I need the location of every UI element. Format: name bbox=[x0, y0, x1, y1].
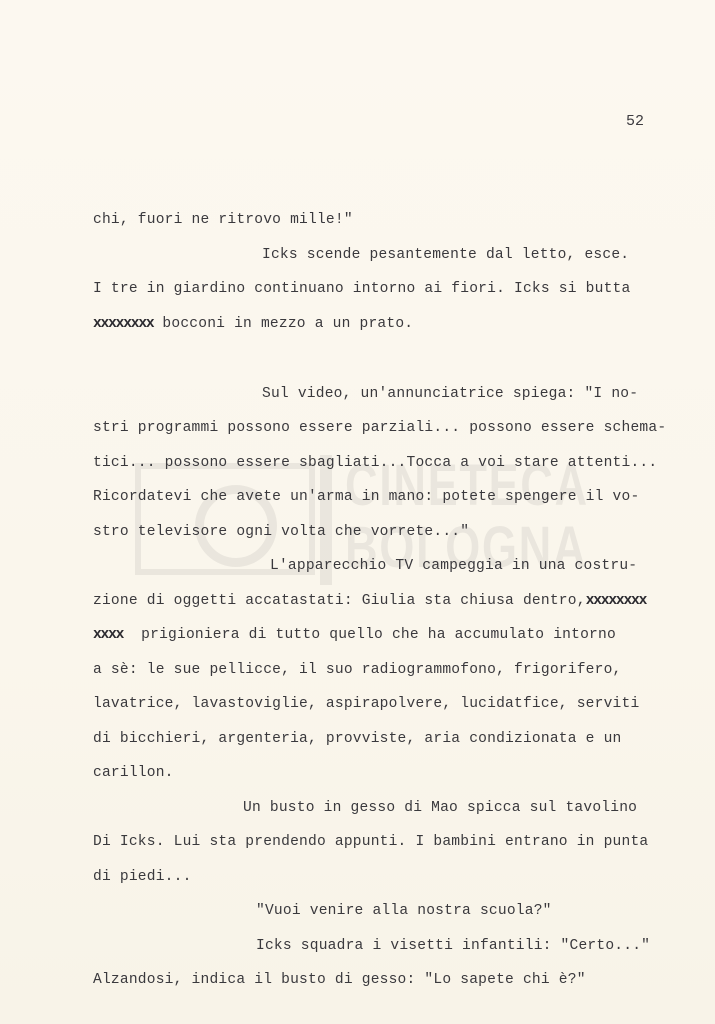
text-line: Alzandosi, indica il busto di gesso: "Lo… bbox=[93, 972, 586, 988]
line-text: bocconi in mezzo a un prato. bbox=[153, 316, 413, 332]
line-text: I tre in giardino continuano intorno ai … bbox=[93, 281, 630, 297]
line-text: carillon. bbox=[93, 765, 174, 781]
text-line: Ricordatevi che avete un'arma in mano: p… bbox=[93, 489, 639, 505]
struck-out-text: xxxxxxxx bbox=[586, 593, 646, 609]
line-text: Ricordatevi che avete un'arma in mano: p… bbox=[93, 489, 639, 505]
line-text: prigioniera di tutto quello che ha accum… bbox=[123, 627, 616, 643]
text-line: Sul video, un'annunciatrice spiega: "I n… bbox=[262, 386, 638, 402]
text-line: Un busto in gesso di Mao spicca sul tavo… bbox=[243, 800, 637, 816]
line-text: lavatrice, lavastoviglie, aspirapolvere,… bbox=[93, 696, 639, 712]
text-line: I tre in giardino continuano intorno ai … bbox=[93, 281, 630, 297]
text-line: di piedi... bbox=[93, 869, 192, 885]
line-text: stri programmi possono essere parziali..… bbox=[93, 420, 666, 436]
line-text: zione di oggetti accatastati: Giulia sta… bbox=[93, 593, 586, 609]
line-text: a sè: le sue pellicce, il suo radiogramm… bbox=[93, 662, 622, 678]
line-text: Di Icks. Lui sta prendendo appunti. I ba… bbox=[93, 834, 648, 850]
text-line: L'apparecchio TV campeggia in una costru… bbox=[270, 558, 637, 574]
page-number: 52 bbox=[626, 113, 644, 130]
text-line: Icks scende pesantemente dal letto, esce… bbox=[262, 247, 629, 263]
line-text: Icks scende pesantemente dal letto, esce… bbox=[262, 247, 629, 263]
text-line: Di Icks. Lui sta prendendo appunti. I ba… bbox=[93, 834, 648, 850]
typewritten-page: CINETECA BOLOGNA 52 chi, fuori ne ritrov… bbox=[0, 0, 715, 1024]
text-line: tici... possono essere sbagliati...Tocca… bbox=[93, 455, 657, 471]
text-line: chi, fuori ne ritrovo mille!" bbox=[93, 212, 353, 228]
text-line: stro televisore ogni volta che vorrete..… bbox=[93, 524, 469, 540]
line-text: Un busto in gesso di Mao spicca sul tavo… bbox=[243, 800, 637, 816]
text-line: Icks squadra i visetti infantili: "Certo… bbox=[256, 938, 650, 954]
text-line: xxxx prigioniera di tutto quello che ha … bbox=[93, 627, 616, 643]
line-text: L'apparecchio TV campeggia in una costru… bbox=[270, 558, 637, 574]
text-line: carillon. bbox=[93, 765, 174, 781]
line-text: chi, fuori ne ritrovo mille!" bbox=[93, 212, 353, 228]
struck-out-text: xxxxxxxx bbox=[93, 316, 153, 332]
line-text: di bicchieri, argenteria, provviste, ari… bbox=[93, 731, 622, 747]
text-line: a sè: le sue pellicce, il suo radiogramm… bbox=[93, 662, 622, 678]
text-line: di bicchieri, argenteria, provviste, ari… bbox=[93, 731, 622, 747]
line-text: tici... possono essere sbagliati...Tocca… bbox=[93, 455, 657, 471]
line-text: Icks squadra i visetti infantili: "Certo… bbox=[256, 938, 650, 954]
line-text: Alzandosi, indica il busto di gesso: "Lo… bbox=[93, 972, 586, 988]
line-text: stro televisore ogni volta che vorrete..… bbox=[93, 524, 469, 540]
line-text: di piedi... bbox=[93, 869, 192, 885]
line-text: Sul video, un'annunciatrice spiega: "I n… bbox=[262, 386, 638, 402]
text-line: stri programmi possono essere parziali..… bbox=[93, 420, 666, 436]
struck-out-text: xxxx bbox=[93, 627, 123, 643]
text-line: "Vuoi venire alla nostra scuola?" bbox=[256, 903, 552, 919]
line-text: "Vuoi venire alla nostra scuola?" bbox=[256, 903, 552, 919]
text-line: xxxxxxxx bocconi in mezzo a un prato. bbox=[93, 316, 413, 332]
text-line: zione di oggetti accatastati: Giulia sta… bbox=[93, 593, 646, 609]
text-line: lavatrice, lavastoviglie, aspirapolvere,… bbox=[93, 696, 639, 712]
